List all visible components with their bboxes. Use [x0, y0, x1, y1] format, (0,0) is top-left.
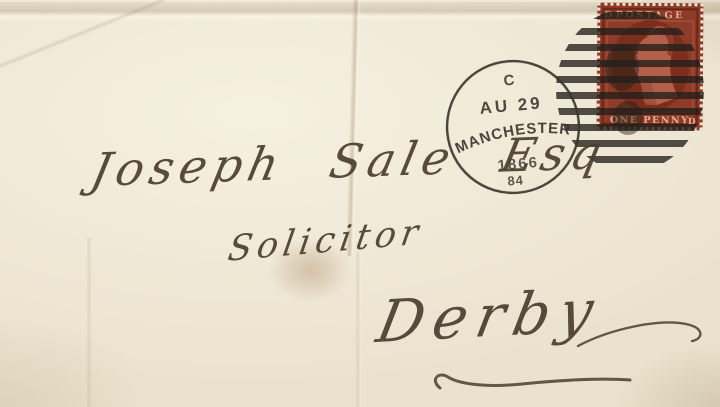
stamp-top-label: POSTAGE: [616, 10, 685, 21]
address-recipient-line: Joseph Sale Esq: [86, 125, 612, 197]
paper-crease-left: [86, 238, 92, 407]
stamp-bottom-label: ONE PENNY: [610, 115, 690, 127]
paper-crease-diagonal: [0, 0, 166, 77]
envelope: POSTAGE ONE PENNY D D: [0, 0, 720, 407]
envelope-photo: POSTAGE ONE PENNY D D: [0, 0, 720, 407]
datestamp-index-letter: C: [503, 72, 515, 90]
datestamp-date: AU 29: [479, 93, 544, 117]
stamp-artwork: POSTAGE ONE PENNY D D: [600, 6, 701, 128]
stamp-corner-letter-top-left: D: [604, 11, 612, 21]
postage-stamp: POSTAGE ONE PENNY D D: [597, 3, 704, 131]
underline-swash: [435, 375, 630, 388]
stamp-corner-letter-bottom-right: D: [688, 117, 696, 127]
address-town-line: Derby: [371, 276, 608, 356]
paper-crease-vertical-lower: [355, 252, 362, 407]
